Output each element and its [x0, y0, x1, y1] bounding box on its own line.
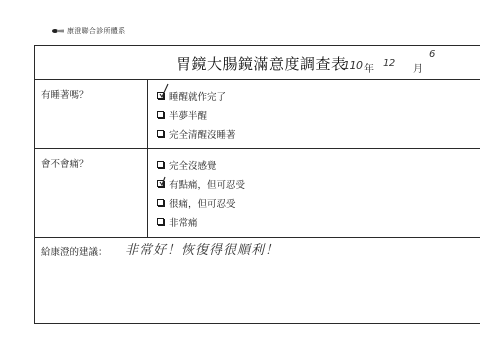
survey-form: 胃鏡大腸鏡滿意度調查表 110 年 12 月 6 有睡著嗎？ 睡醒就作完了 半夢… [34, 45, 480, 324]
option-pain-1[interactable]: 有點痛，但可忍受 [157, 174, 245, 193]
checkbox-unchecked[interactable] [157, 130, 164, 137]
question-row-pain: 會不會痛？ 完全沒感覺 有點痛，但可忍受 很痛，但可忍受 非常痛 [35, 148, 480, 238]
year-label: 年 [364, 60, 374, 75]
checkmark-icon [159, 171, 171, 187]
org-name: 康澄聯合診所體系 [67, 26, 125, 36]
option-sleep-2[interactable]: 完全清醒沒睡著 [157, 124, 236, 143]
option-label: 完全清醒沒睡著 [169, 127, 236, 141]
option-label: 非常痛 [169, 215, 198, 229]
checkbox-checked[interactable] [157, 92, 164, 99]
option-pain-2[interactable]: 很痛，但可忍受 [157, 193, 245, 212]
question-label-sleep: 有睡著嗎？ [35, 79, 148, 148]
title-row: 胃鏡大腸鏡滿意度調查表 110 年 12 月 6 [35, 46, 480, 80]
suggestion-row: 給康澄的建議： 非常好！恢復得很順利！ [35, 237, 480, 323]
options-sleep: 睡醒就作完了 半夢半醒 完全清醒沒睡著 [157, 86, 236, 143]
option-label: 有點痛，但可忍受 [169, 177, 245, 191]
year-value[interactable]: 110 [343, 59, 363, 72]
question-row-sleep: 有睡著嗎？ 睡醒就作完了 半夢半醒 完全清醒沒睡著 [35, 79, 480, 149]
clinic-logo-icon [52, 28, 64, 34]
question-label-pain: 會不會痛？ [35, 148, 148, 237]
checkbox-unchecked[interactable] [157, 161, 164, 168]
suggestion-text[interactable]: 非常好！恢復得很順利！ [125, 239, 279, 258]
checkbox-unchecked[interactable] [157, 218, 164, 225]
checkbox-unchecked[interactable] [157, 111, 164, 118]
checkbox-checked[interactable] [157, 180, 164, 187]
option-label: 很痛，但可忍受 [169, 196, 236, 210]
options-pain: 完全沒感覺 有點痛，但可忍受 很痛，但可忍受 非常痛 [157, 155, 245, 231]
org-header: 康澄聯合診所體系 [52, 25, 125, 37]
checkbox-unchecked[interactable] [157, 199, 164, 206]
month-value[interactable]: 12 [383, 58, 395, 69]
checkmark-icon [159, 83, 171, 99]
form-title: 胃鏡大腸鏡滿意度調查表 [176, 53, 347, 74]
day-value[interactable]: 6 [429, 49, 435, 60]
month-label: 月 [413, 60, 423, 75]
option-label: 睡醒就作完了 [169, 89, 226, 103]
option-sleep-0[interactable]: 睡醒就作完了 [157, 86, 236, 105]
option-label: 完全沒感覺 [169, 158, 217, 172]
option-pain-3[interactable]: 非常痛 [157, 212, 245, 231]
option-label: 半夢半醒 [169, 108, 207, 122]
suggestion-label: 給康澄的建議： [41, 244, 108, 258]
option-sleep-1[interactable]: 半夢半醒 [157, 105, 236, 124]
